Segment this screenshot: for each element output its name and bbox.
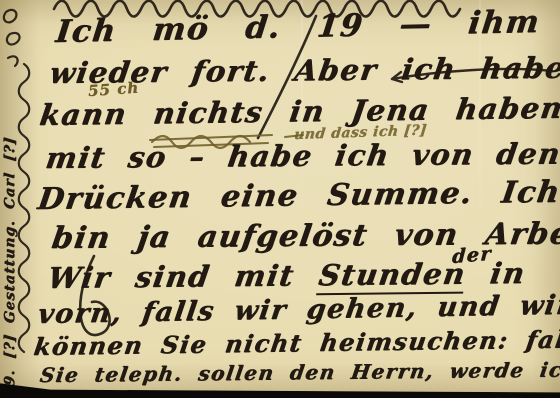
handwritten-line: Drücken eine Summe. Ich (35, 175, 560, 217)
letter-paper: Ich mö d. 19 — ihm [?] wieder fort. Aber… (0, 0, 560, 398)
handwritten-line: vorn, falls wir gehen, und wir (36, 290, 560, 330)
document-scan: Ich mö d. 19 — ihm [?] wieder fort. Aber… (0, 0, 560, 398)
handwritten-line: Ich mö d. 19 — ihm [?] (54, 2, 560, 50)
annotation-number: 55 ch (87, 78, 139, 100)
vertical-margin-note: 19. [?] Gestattung. Carl [?] (2, 2, 18, 398)
handwritten-line: können Sie nicht heimsuchen: falls (32, 324, 560, 361)
handwritten-line: Sie teleph. sollen den Herrn, werde ich (38, 357, 560, 387)
interline-insertion: der (451, 242, 492, 268)
vertical-margin-squiggle (19, 64, 30, 352)
line-segment: Wir sind mit (45, 258, 321, 295)
underlined-word: Stunden (316, 257, 468, 296)
